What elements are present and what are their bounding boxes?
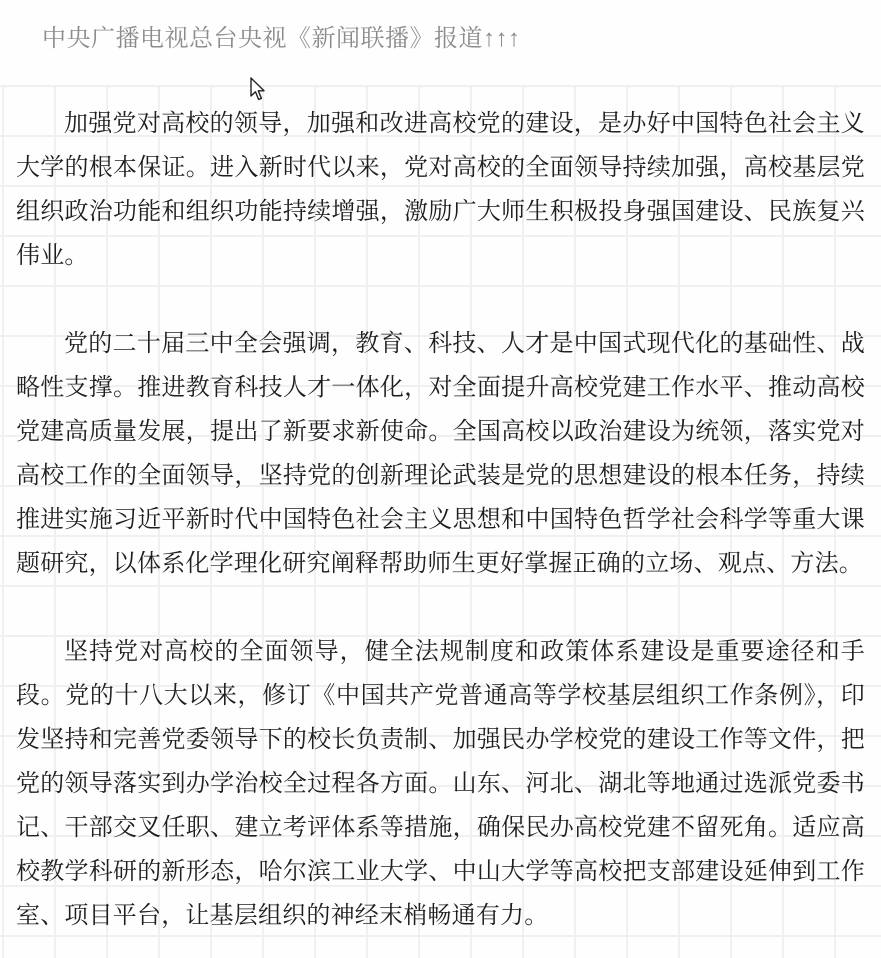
source-caption: 中央广播电视总台央视《新闻联播》报道↑↑↑ [42,22,865,56]
paragraph-1: 加强党对高校的领导，加强和改进高校党的建设，是办好中国特色社会主义大学的根本保证… [16,102,865,278]
article-body: 加强党对高校的领导，加强和改进高校党的建设，是办好中国特色社会主义大学的根本保证… [0,85,881,938]
document-grid: 加强党对高校的领导，加强和改进高校党的建设，是办好中国特色社会主义大学的根本保证… [0,85,881,958]
paragraph-2: 党的二十届三中全会强调，教育、科技、人才是中国式现代化的基础性、战略性支撑。推进… [16,322,865,586]
paragraph-3: 坚持党对高校的全面领导，健全法规制度和政策体系建设是重要途径和手段。党的十八大以… [16,630,865,938]
article-page: 中央广播电视总台央视《新闻联播》报道↑↑↑ 加强党对高校的领导，加强和改进高校党… [0,0,881,958]
